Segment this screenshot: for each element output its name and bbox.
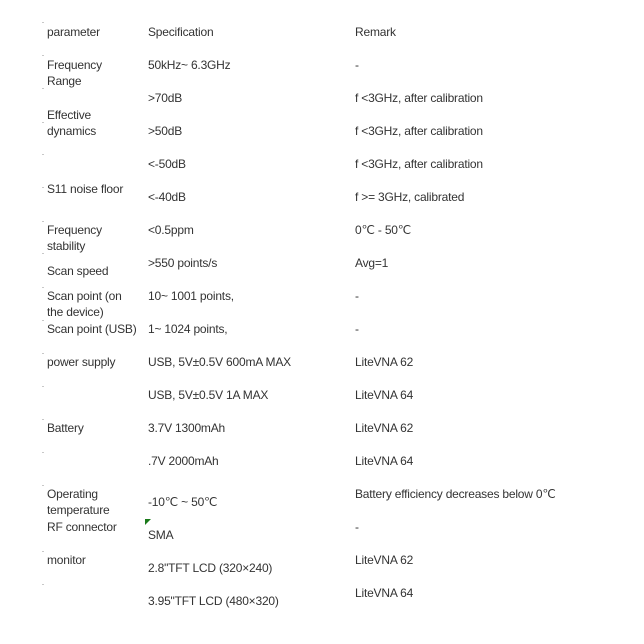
row-divider xyxy=(42,287,44,288)
spec-table: parameter Specification Remark Frequency… xyxy=(0,0,644,644)
comment-marker-icon xyxy=(145,519,151,525)
remark-battery-2: LiteVNA 64 xyxy=(355,453,413,469)
row-divider xyxy=(42,386,44,387)
header-specification: Specification xyxy=(148,24,213,40)
spec-monitor-2: 3.95"TFT LCD (480×320) xyxy=(148,593,279,609)
remark-s11-1: f <3GHz, after calibration xyxy=(355,156,483,172)
remark-scan-point-usb: - xyxy=(355,321,359,337)
param-effective-dynamics-line1: Effective xyxy=(47,107,91,123)
row-divider xyxy=(42,253,44,254)
param-rf-connector: RF connector xyxy=(47,519,117,535)
row-divider xyxy=(42,584,44,585)
remark-rf-connector: - xyxy=(355,519,359,535)
remark-frequency-range: - xyxy=(355,57,359,73)
row-divider xyxy=(42,221,44,222)
row-divider xyxy=(42,353,44,354)
param-frequency-range-line2: Range xyxy=(47,73,81,89)
spec-s11-2: <-40dB xyxy=(148,189,186,205)
spec-scan-speed: >550 points/s xyxy=(148,255,217,271)
spec-operating-temperature: -10℃ ~ 50℃ xyxy=(148,494,217,510)
row-divider xyxy=(42,551,44,552)
spec-dynamics-2: >50dB xyxy=(148,123,182,139)
row-divider xyxy=(42,419,44,420)
row-divider xyxy=(42,320,44,321)
remark-s11-2: f >= 3GHz, calibrated xyxy=(355,189,464,205)
spec-power-supply-1: USB, 5V±0.5V 600mA MAX xyxy=(148,354,291,370)
header-parameter: parameter xyxy=(47,24,100,40)
param-frequency-stability-line2: stability xyxy=(47,238,85,254)
param-scan-point-usb: Scan point (USB) xyxy=(47,321,137,337)
spec-battery-1: 3.7V 1300mAh xyxy=(148,420,225,436)
remark-power-supply-1: LiteVNA 62 xyxy=(355,354,413,370)
param-monitor: monitor xyxy=(47,552,86,568)
param-power-supply: power supply xyxy=(47,354,115,370)
spec-scan-point-usb: 1~ 1024 points, xyxy=(148,321,227,337)
row-divider xyxy=(42,187,44,188)
remark-dynamics-1: f <3GHz, after calibration xyxy=(355,90,483,106)
row-divider xyxy=(42,88,44,89)
spec-monitor-1: 2.8"TFT LCD (320×240) xyxy=(148,560,272,576)
row-divider xyxy=(42,154,44,155)
row-divider xyxy=(42,55,44,56)
param-frequency-stability-line1: Frequency xyxy=(47,222,102,238)
remark-power-supply-2: LiteVNA 64 xyxy=(355,387,413,403)
spec-power-supply-2: USB, 5V±0.5V 1A MAX xyxy=(148,387,268,403)
param-effective-dynamics-line2: dynamics xyxy=(47,123,96,139)
spec-frequency-stability: <0.5ppm xyxy=(148,222,194,238)
spec-s11-1: <-50dB xyxy=(148,156,186,172)
param-battery: Battery xyxy=(47,420,84,436)
remark-monitor-2: LiteVNA 64 xyxy=(355,585,413,601)
spec-battery-2: .7V 2000mAh xyxy=(148,453,219,469)
remark-scan-speed: Avg=1 xyxy=(355,255,388,271)
param-scan-point-device-line2: the device) xyxy=(47,304,104,320)
param-s11-noise-floor: S11 noise floor xyxy=(47,181,123,197)
remark-battery-1: LiteVNA 62 xyxy=(355,420,413,436)
row-divider xyxy=(42,452,44,453)
row-divider xyxy=(42,485,44,486)
remark-monitor-1: LiteVNA 62 xyxy=(355,552,413,568)
spec-scan-point-device: 10~ 1001 points, xyxy=(148,288,234,304)
param-operating-temperature-line1: Operating xyxy=(47,486,98,502)
remark-scan-point-device: - xyxy=(355,288,359,304)
param-frequency-range-line1: Frequency xyxy=(47,57,102,73)
row-divider xyxy=(42,22,44,23)
spec-rf-connector: SMA xyxy=(148,527,173,543)
spec-frequency-range: 50kHz~ 6.3GHz xyxy=(148,57,230,73)
header-remark: Remark xyxy=(355,24,396,40)
param-operating-temperature-line2: temperature xyxy=(47,502,110,518)
remark-frequency-stability: 0℃ - 50℃ xyxy=(355,222,411,238)
param-scan-speed: Scan speed xyxy=(47,263,108,279)
remark-operating-temperature: Battery efficiency decreases below 0℃ xyxy=(355,486,556,502)
remark-dynamics-2: f <3GHz, after calibration xyxy=(355,123,483,139)
param-scan-point-device-line1: Scan point (on xyxy=(47,288,122,304)
spec-dynamics-1: >70dB xyxy=(148,90,182,106)
row-divider xyxy=(42,122,44,123)
